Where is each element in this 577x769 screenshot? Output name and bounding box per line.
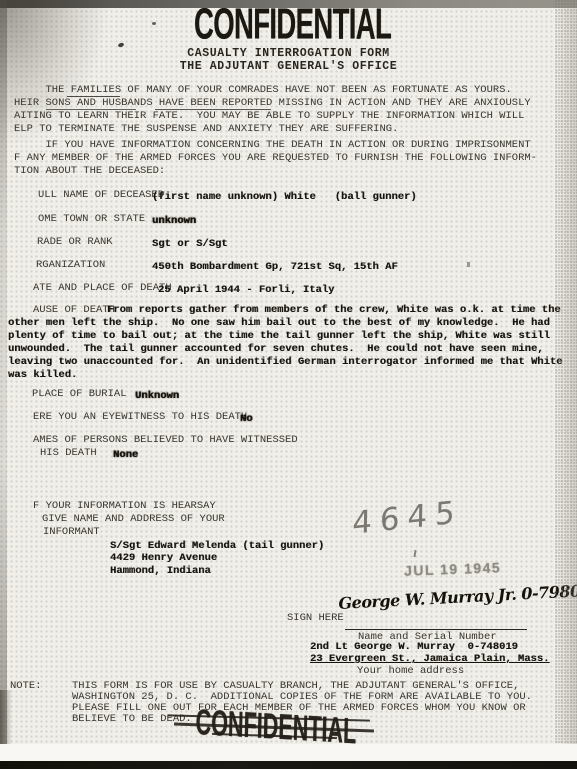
field-label-full-name: ULL NAME OF DECEASED: [38, 189, 164, 202]
intro-line: IF YOU HAVE INFORMATION CONCERNING THE D…: [14, 139, 531, 152]
field-value-witnesses: None: [113, 449, 138, 462]
field-label-hearsay-2: GIVE NAME AND ADDRESS OF YOUR: [42, 513, 225, 526]
intro-line: TION ABOUT THE DECEASED:: [14, 165, 165, 178]
pencil-mark-artifact: [414, 550, 417, 557]
scan-right-edge: [555, 0, 577, 769]
field-label-eyewitness: ERE YOU AN EYEWITNESS TO HIS DEATH: [33, 411, 247, 424]
field-value-place-of-burial: Unknown: [135, 390, 179, 403]
field-value-full-name: (first name unknown) White (ball gunner): [152, 191, 417, 204]
intro-line: THE FAMILIES OF MANY OF YOUR COMRADES HA…: [14, 84, 512, 97]
note-label: NOTE:: [10, 680, 42, 693]
field-value-home-town: unknown: [152, 215, 196, 228]
field-label-organization: RGANIZATION: [36, 259, 105, 272]
cause-line: leaving two unaccounted for. An unidenti…: [8, 356, 563, 369]
date-received-stamp: JUL 19 1945: [404, 559, 502, 578]
cause-line: plenty of time to bail out; at the time …: [8, 330, 550, 343]
handwritten-number: 4645: [352, 494, 463, 542]
field-value-eyewitness: No: [240, 413, 253, 426]
office-title: THE ADJUTANT GENERAL'S OFFICE: [0, 60, 577, 73]
field-label-place-of-burial: PLACE OF BURIAL: [32, 388, 127, 401]
field-label-hearsay-3: INFORMANT: [43, 526, 100, 539]
field-value-date-place-death: 25 April 1944 - Forli, Italy: [158, 284, 334, 297]
informant-line: 4429 Henry Avenue: [110, 552, 217, 565]
form-title: CASUALTY INTERROGATION FORM: [0, 47, 577, 60]
ink-speck: [467, 262, 470, 267]
intro-line: F ANY MEMBER OF THE ARMED FORCES YOU ARE…: [14, 152, 537, 165]
field-label-witnesses: AMES OF PERSONS BELIEVED TO HAVE WITNESS…: [33, 434, 298, 447]
scan-left-edge: [0, 0, 7, 769]
field-value-grade: Sgt or S/Sgt: [152, 238, 228, 251]
field-label-date-place-death: ATE AND PLACE OF DEATH: [33, 282, 172, 295]
field-label-witnesses-2: HIS DEATH: [40, 447, 97, 460]
handwritten-signature: George W. Murray Jr. 0-798019: [338, 580, 577, 613]
scanned-casualty-interrogation-form: CONFIDENTIAL CASUALTY INTERROGATION FORM…: [0, 0, 577, 769]
intro-line: HEIR SONS AND HUSBANDS HAVE BEEN REPORTE…: [14, 97, 531, 110]
scan-bottom-left-smudge: [0, 690, 12, 762]
informant-line: Hammond, Indiana: [110, 565, 211, 578]
intro-line: ELP TO TERMINATE THE SUSPENSE AND ANXIET…: [14, 123, 398, 136]
field-label-grade: RADE OR RANK: [37, 236, 113, 249]
cause-line: unwounded. The tail gunner accounted for…: [8, 343, 544, 356]
sign-here-label: SIGN HERE: [287, 612, 344, 625]
ink-speck: [152, 22, 156, 25]
field-label-home-town: OME TOWN OR STATE: [38, 213, 145, 226]
home-address-caption: Your home address: [357, 665, 464, 678]
cause-line: From reports gather from members of the …: [107, 304, 561, 317]
field-value-organization: 450th Bombardment Gp, 721st Sq, 15th AF: [152, 261, 398, 274]
cause-line: was killed.: [8, 369, 77, 382]
scan-bottom-black-bar: [0, 761, 577, 769]
confidential-stamp-top: CONFIDENTIAL: [194, 3, 391, 46]
field-label-cause-of-death: AUSE OF DEATH: [33, 304, 115, 317]
field-label-hearsay: F YOUR INFORMATION IS HEARSAY: [33, 500, 216, 513]
cause-line: other men left the ship. No one saw him …: [8, 317, 550, 330]
intro-line: AITING TO LEARN THEIR FATE. YOU MAY BE A…: [14, 110, 524, 123]
